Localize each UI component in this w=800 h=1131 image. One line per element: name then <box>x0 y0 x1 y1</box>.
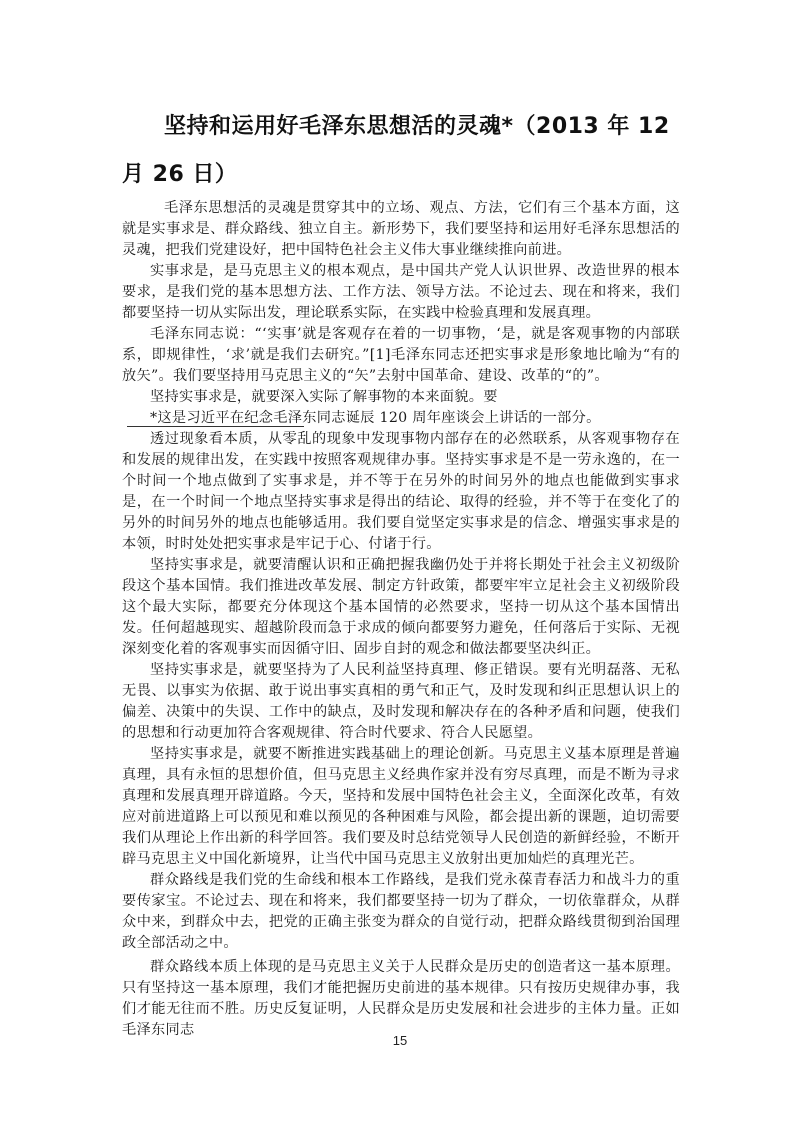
footnote: *这是习近平在纪念毛泽东同志诞辰 120 周年座谈会上讲话的一部分。 <box>122 408 680 429</box>
document-title: 坚持和运用好毛泽东思想活的灵魂*（2013 年 12 月 26 日） <box>122 103 682 199</box>
paragraph: 坚持实事求是，就要深入实际了解事物的本来面貌。要 <box>122 387 680 408</box>
paragraph: 坚持实事求是，就要不断推进实践基础上的理论创新。马克思主义基本原理是普遍真理，具… <box>122 744 680 870</box>
paragraph: 群众路线是我们党的生命线和根本工作路线，是我们党永葆青春活力和战斗力的重要传家宝… <box>122 870 680 954</box>
page-number: 15 <box>0 1033 800 1048</box>
paragraph: 透过现象看本质，从零乱的现象中发现事物内部存在的必然联系，从客观事物存在和发展的… <box>122 429 680 555</box>
document-body: 毛泽东思想活的灵魂是贯穿其中的立场、观点、方法，它们有三个基本方面，这就是实事求… <box>122 198 680 1041</box>
paragraph: 坚持实事求是，就要清醒认识和正确把握我幽仍处于并将长期处于社会主义初级阶段这个基… <box>122 555 680 660</box>
paragraph: 群众路线本质上体现的是马克思主义关于人民群众是历史的创造者这一基本原理。只有坚持… <box>122 957 680 1041</box>
document-page: 坚持和运用好毛泽东思想活的灵魂*（2013 年 12 月 26 日） 毛泽东思想… <box>0 0 800 1131</box>
footnote-separator <box>127 426 304 427</box>
paragraph: 实事求是，是马克思主义的根本观点，是中国共产党人认识世界、改造世界的根本要求，是… <box>122 261 680 324</box>
footnote-text: *这是习近平在纪念毛泽东同志诞辰 120 周年座谈会上讲话的一部分。 <box>150 410 601 426</box>
paragraph: 毛泽东同志说：“‘实事’就是客观存在着的一切事物，‘是，就是客观事物的内部联系，… <box>122 324 680 387</box>
paragraph: 毛泽东思想活的灵魂是贯穿其中的立场、观点、方法，它们有三个基本方面，这就是实事求… <box>122 198 680 261</box>
paragraph: 坚持实事求是，就要坚持为了人民利益坚持真理、修正错误。要有光明磊落、无私无畏、以… <box>122 660 680 744</box>
